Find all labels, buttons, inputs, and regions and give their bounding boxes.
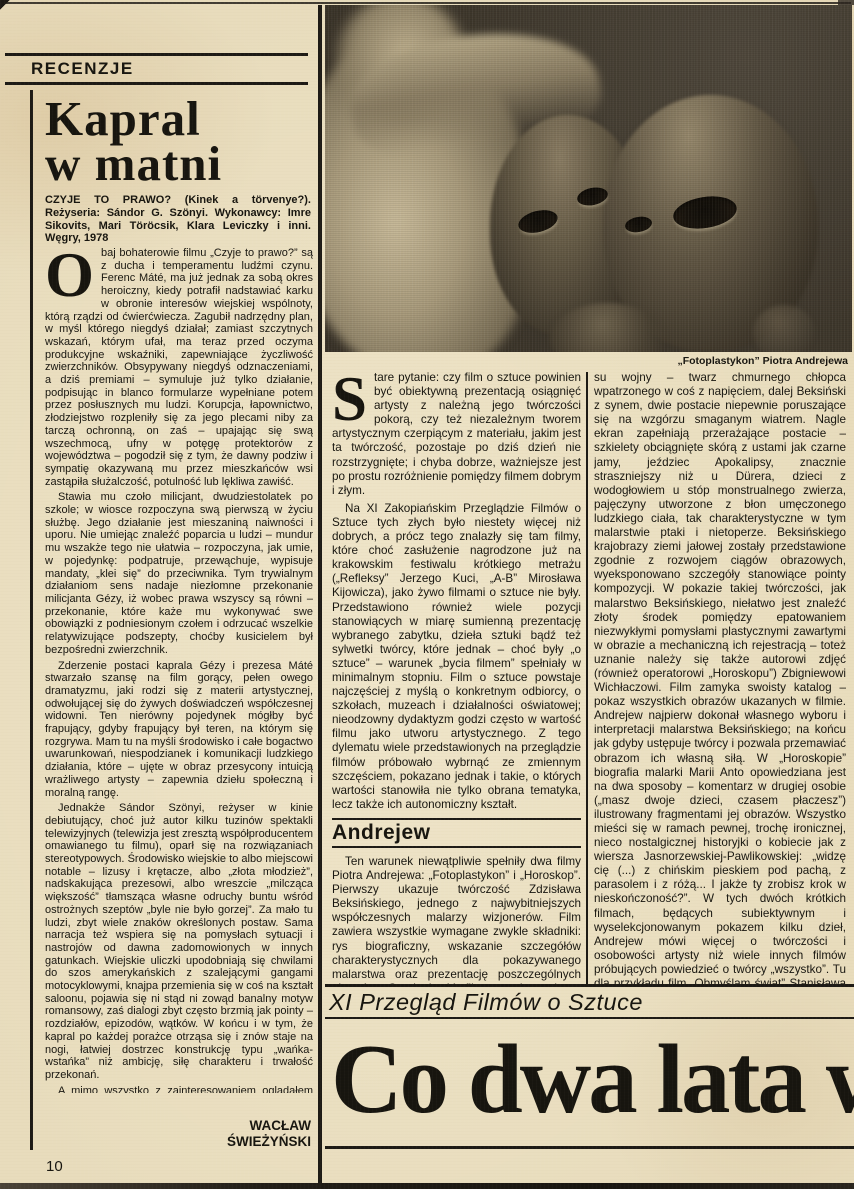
section-kicker: RECENZJE bbox=[5, 53, 308, 85]
section-heading-andrejew: Andrejew bbox=[332, 818, 581, 848]
review-bottom-rule bbox=[325, 984, 854, 987]
article-paragraph: A mimo wszystko z zainteresowaniem ogląd… bbox=[45, 1085, 313, 1093]
festival-banner-title: XI Przegląd Filmów o Sztuce bbox=[329, 989, 849, 1016]
review-paragraph: Ten warunek niewątpliwie spełniły dwa fi… bbox=[332, 855, 581, 984]
scan-corner-mark-top-left bbox=[0, 0, 10, 10]
headline-bottom-rule bbox=[325, 1146, 854, 1149]
column-divider-rule bbox=[318, 5, 322, 1183]
film-credits: CZYJE TO PRAWO? (Kinek a törvenye?). Reż… bbox=[45, 194, 311, 245]
author-name-line2: ŚWIEŻYŃSKI bbox=[45, 1134, 311, 1150]
review-column-2: su wojny – twarz chmurnego chłopca wpatr… bbox=[594, 371, 846, 984]
section-kicker-label: RECENZJE bbox=[31, 59, 134, 78]
author-byline: WACŁAW ŚWIEŻYŃSKI bbox=[45, 1118, 311, 1149]
article-title: Kapral w matni bbox=[45, 96, 317, 186]
review-column-divider-rule bbox=[586, 372, 588, 984]
page-top-edge-line bbox=[3, 2, 851, 4]
review-column-1: Stare pytanie: czy film o sztuce powinie… bbox=[332, 371, 581, 984]
magazine-page: RECENZJE Kapral w matni CZYJE TO PRAWO? … bbox=[0, 0, 854, 1189]
article-paragraph: Stawia mu czoło milicjant, dwudziestolat… bbox=[45, 491, 313, 656]
drop-cap: S bbox=[332, 371, 374, 425]
drop-cap: O bbox=[45, 247, 101, 301]
page-number: 10 bbox=[46, 1158, 63, 1175]
photo-caption: „Fotoplastykon” Piotra Andrejewa bbox=[325, 355, 848, 367]
author-name-line1: WACŁAW bbox=[45, 1118, 311, 1134]
review-paragraph: Na XI Zakopiańskim Przeglądzie Filmów o … bbox=[332, 502, 581, 812]
next-article-headline: Co dwa lata w bbox=[331, 1022, 854, 1142]
article-body: Obaj bohaterowie filmu „Czyje to prawo?”… bbox=[45, 247, 313, 1093]
scan-bottom-shadow bbox=[0, 1183, 854, 1189]
review-paragraph: Stare pytanie: czy film o sztuce powinie… bbox=[332, 371, 581, 498]
review-paragraph: su wojny – twarz chmurnego chłopca wpatr… bbox=[594, 371, 846, 984]
banner-bottom-rule bbox=[325, 1017, 854, 1019]
article-left-border-rule bbox=[30, 90, 33, 1150]
artwork-image bbox=[325, 5, 852, 352]
article-paragraph: Jednakże Sándor Szönyi, reżyser w kinie … bbox=[45, 802, 313, 1081]
artwork-sepia-tone-overlay bbox=[325, 5, 852, 352]
article-paragraph: Obaj bohaterowie filmu „Czyje to prawo?”… bbox=[45, 247, 313, 488]
article-title-line1: Kapral bbox=[45, 96, 317, 141]
article-paragraph: Zderzenie postaci kaprala Gézy i prezesa… bbox=[45, 660, 313, 800]
article-title-line2: w matni bbox=[45, 141, 317, 186]
